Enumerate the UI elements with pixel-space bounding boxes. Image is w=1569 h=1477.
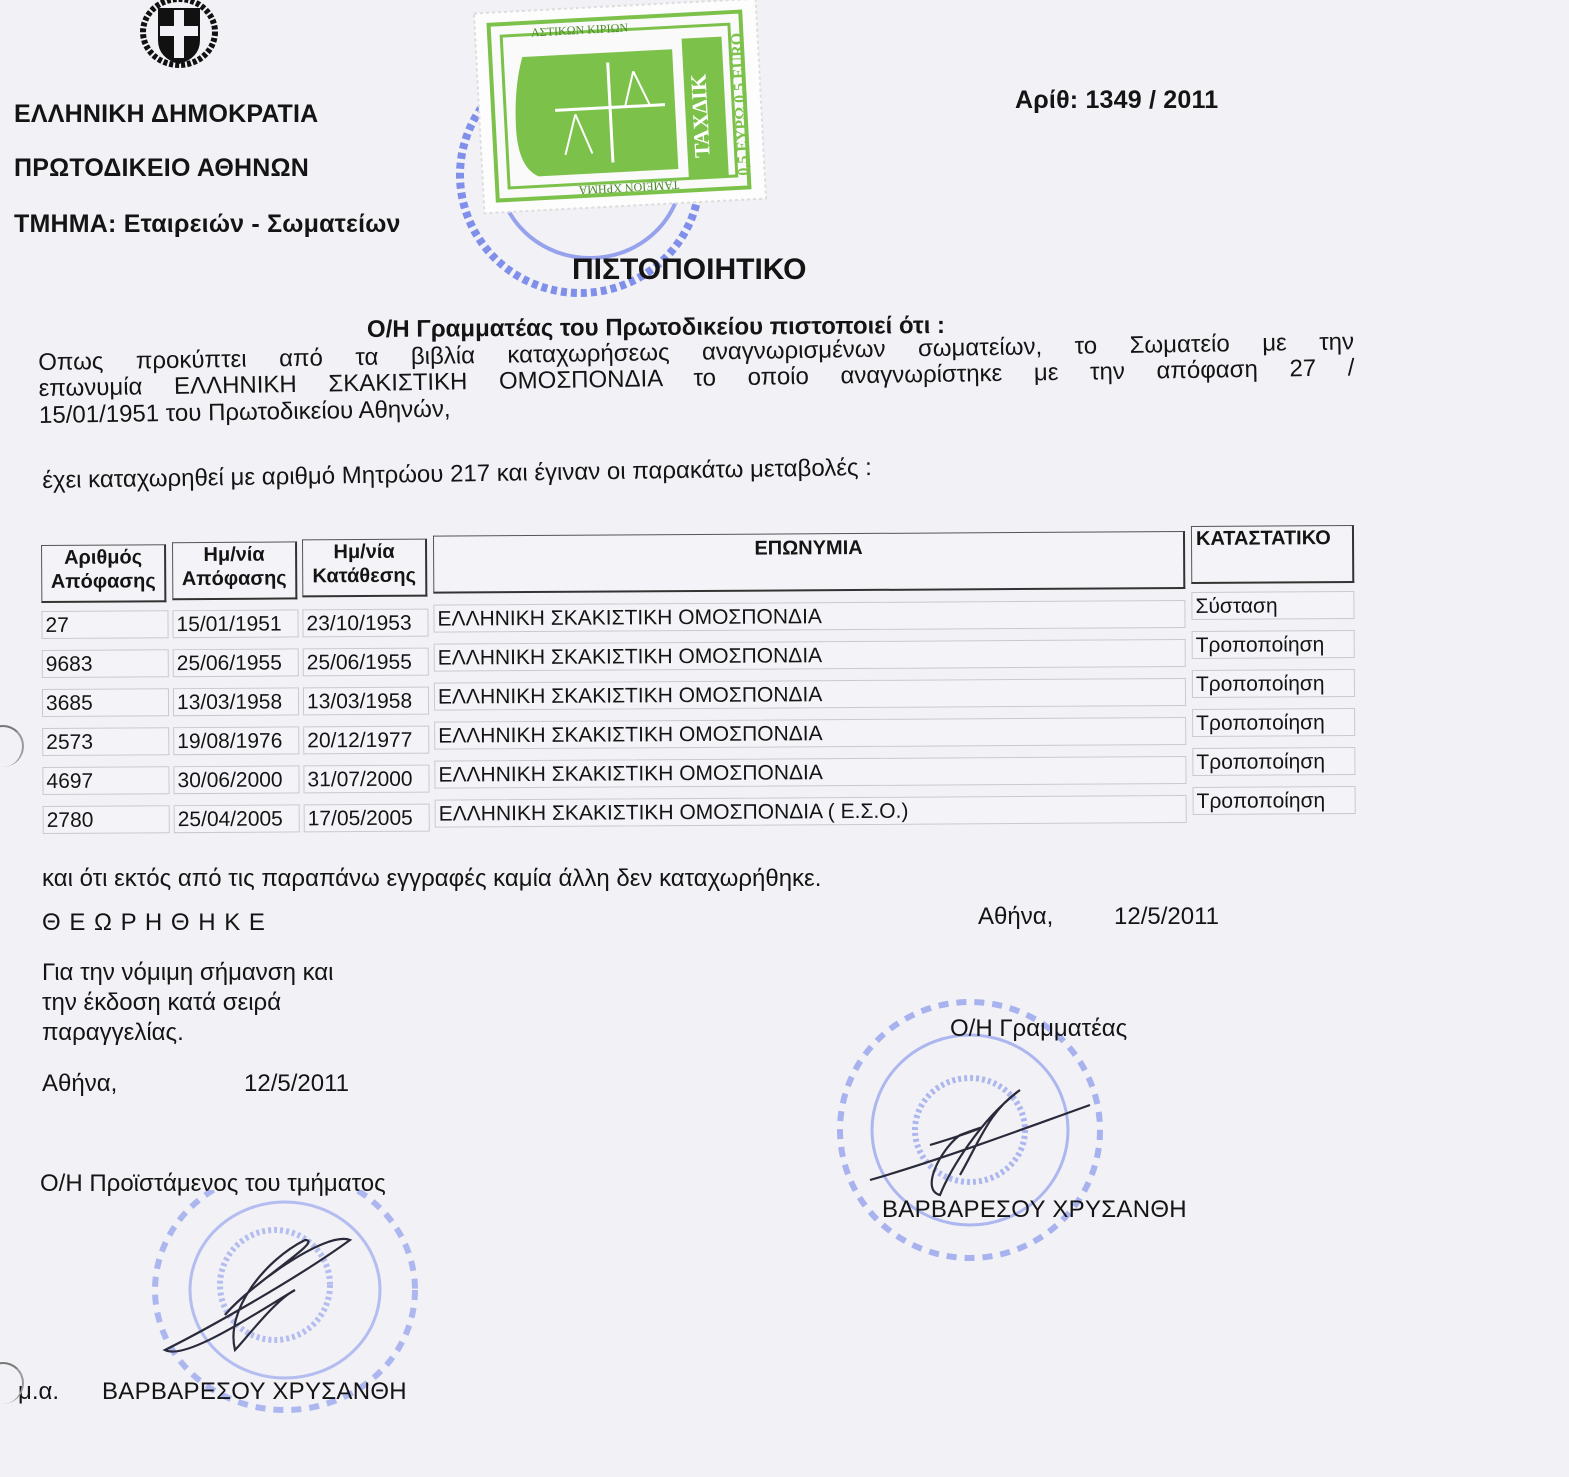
cell-statute: Τροποποίηση [1192, 669, 1355, 698]
column-header-filing-date: Ημ/νία Κατάθεσης [302, 539, 427, 598]
right-place: Αθήνα, [978, 904, 1053, 930]
cell-name: ΕΛΛΗΝΙΚΗ ΣΚΑΚΙΣΤΙΚΗ ΟΜΟΣΠΟΝΔΙΑ [434, 639, 1186, 672]
cell-name: ΕΛΛΗΝΙΚΗ ΣΚΑΚΙΣΤΙΚΗ ΟΜΟΣΠΟΝΔΙΑ ( Ε.Σ.Ο.) [435, 795, 1187, 828]
note-line: παραγγελίας. [42, 1018, 334, 1048]
cell-decision-date: 25/04/2005 [174, 804, 300, 833]
cell-decision-number: 2573 [42, 727, 169, 756]
cell-filing-date: 17/05/2005 [304, 804, 430, 833]
cell-decision-number: 3685 [42, 688, 169, 717]
cell-decision-number: 2780 [43, 805, 170, 834]
cell-filing-date: 20/12/1977 [303, 726, 429, 755]
cell-statute: Σύσταση [1191, 591, 1354, 620]
cell-name: ΕΛΛΗΝΙΚΗ ΣΚΑΚΙΣΤΙΚΗ ΟΜΟΣΠΟΝΔΙΑ [433, 600, 1185, 633]
column-header-decision-date: Ημ/νία Απόφασης [172, 541, 297, 600]
cell-statute: Τροποποίηση [1192, 747, 1355, 776]
right-date: 12/5/2011 [1114, 904, 1219, 930]
changes-table: Αριθμός Απόφασης Ημ/νία Απόφασης Ημ/νία … [0, 0, 1569, 850]
secretary-role: Ο/Η Γραμματέας [950, 1016, 1127, 1042]
left-place: Αθήνα, [42, 1071, 117, 1097]
head-signature-icon [145, 1220, 365, 1375]
seen-label: Θ Ε Ω Ρ Η Θ Η Κ Ε [42, 910, 266, 936]
cell-statute: Τροποποίηση [1192, 708, 1355, 737]
cell-decision-date: 30/06/2000 [173, 765, 299, 794]
cell-decision-date: 19/08/1976 [173, 726, 299, 755]
cell-filing-date: 31/07/2000 [303, 765, 429, 794]
cell-decision-date: 15/01/1951 [172, 609, 298, 638]
secretary-signature-icon [860, 1080, 1100, 1205]
cell-filing-date: 25/06/1955 [303, 648, 429, 677]
cell-decision-date: 25/06/1955 [173, 648, 299, 677]
closing-line: και ότι εκτός από τις παραπάνω εγγραφές … [42, 866, 821, 892]
cell-decision-number: 27 [41, 610, 168, 639]
cell-statute: Τροποποίηση [1192, 630, 1355, 659]
column-header-decision-number: Αριθμός Απόφασης [41, 544, 166, 603]
cell-filing-date: 23/10/1953 [302, 609, 428, 638]
cell-name: ΕΛΛΗΝΙΚΗ ΣΚΑΚΙΣΤΙΚΗ ΟΜΟΣΠΟΝΔΙΑ [434, 717, 1186, 750]
cell-name: ΕΛΛΗΝΙΚΗ ΣΚΑΚΙΣΤΙΚΗ ΟΜΟΣΠΟΝΔΙΑ [434, 678, 1186, 711]
column-header-statute: ΚΑΤΑΣΤΑΤΙΚΟ [1191, 525, 1354, 584]
note-line: Για την νόμιμη σήμανση και [42, 958, 334, 988]
cell-decision-number: 4697 [42, 766, 169, 795]
cell-filing-date: 13/03/1958 [303, 687, 429, 716]
cell-decision-date: 13/03/1958 [173, 687, 299, 716]
on-behalf-prefix: μ.α. [18, 1379, 59, 1405]
note-line: την έκδοση κατά σειρά [42, 988, 334, 1018]
legal-note: Για την νόμιμη σήμανση και την έκδοση κα… [42, 958, 334, 1048]
left-date: 12/5/2011 [244, 1071, 349, 1097]
column-header-name: ΕΠΩΝΥΜΙΑ [433, 531, 1185, 594]
cell-statute: Τροποποίηση [1193, 786, 1356, 815]
secretary-name: ΒΑΡΒΑΡΕΣΟΥ ΧΡΥΣΑΝΘΗ [882, 1196, 1187, 1224]
head-name: ΒΑΡΒΑΡΕΣΟΥ ΧΡΥΣΑΝΘΗ [102, 1378, 407, 1406]
cell-name: ΕΛΛΗΝΙΚΗ ΣΚΑΚΙΣΤΙΚΗ ΟΜΟΣΠΟΝΔΙΑ [434, 756, 1186, 789]
cell-decision-number: 9683 [42, 649, 169, 678]
